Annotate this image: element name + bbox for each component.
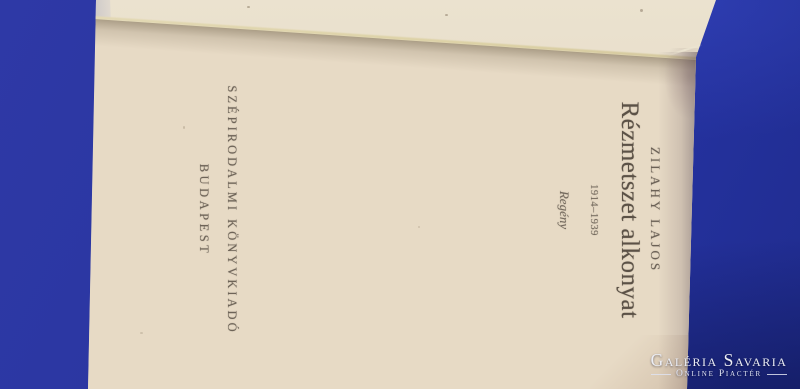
book-title: Rézmetszet alkonyat: [615, 30, 643, 389]
watermark-brand: Galéria Savaria: [640, 351, 798, 370]
watermark-tagline: Online Piactér: [676, 369, 762, 379]
watermark-rule-right: [767, 374, 787, 375]
publisher-city: BUDAPEST: [196, 30, 211, 389]
paper-speck: [247, 6, 250, 8]
paper-speck: [445, 14, 448, 16]
publisher-name: SZÉPIRODALMI KÖNYVKIADÓ: [224, 30, 239, 389]
product-photo: ZILAHY LAJOS Rézmetszet alkonyat 1914–19…: [0, 0, 800, 389]
subtitle-years: 1914–1939: [588, 30, 599, 389]
watermark-tagline-row: Online Piactér: [640, 369, 798, 379]
genre-label: Regény: [556, 30, 572, 389]
title-page-text: ZILAHY LAJOS Rézmetszet alkonyat 1914–19…: [88, 30, 700, 389]
watermark-rule-left: [651, 374, 671, 375]
rotated-text-area: ZILAHY LAJOS Rézmetszet alkonyat 1914–19…: [88, 30, 700, 389]
marketplace-watermark: Galéria Savaria Online Piactér: [640, 351, 798, 379]
open-book: ZILAHY LAJOS Rézmetszet alkonyat 1914–19…: [0, 0, 800, 389]
paper-speck: [640, 9, 643, 12]
author-name: ZILAHY LAJOS: [647, 30, 663, 389]
